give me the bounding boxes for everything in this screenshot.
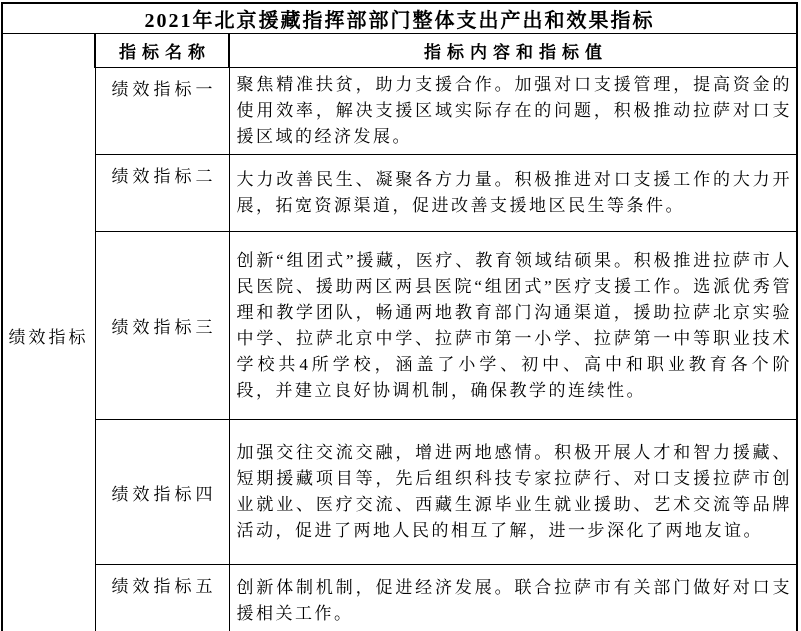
indicator-content-cell: 创新“组团式”援藏，医疗、教育领域结硕果。积极推进拉萨市人民医院、援助两区两县医… (229, 232, 797, 420)
indicator-name-cell: 绩效指标四 (95, 420, 229, 565)
table-row: 绩效指标四 加强交往交流交融，增进两地感情。积极开展人才和智力援藏、短期援藏项目… (2, 420, 797, 565)
document-table: 2021年北京援藏指挥部部门整体支出产出和效果指标 绩效指标 指标名称 指标内容… (1, 2, 798, 631)
page-title: 2021年北京援藏指挥部部门整体支出产出和效果指标 (2, 3, 797, 34)
table-row: 绩效指标一 聚焦精准扶贫，助力支援合作。加强对口支援管理，提高资金的使用效率，解… (2, 68, 797, 155)
indicator-name-cell: 绩效指标五 (95, 565, 229, 631)
indicator-content-cell: 加强交往交流交融，增进两地感情。积极开展人才和智力援藏、短期援藏项目等，先后组织… (229, 420, 797, 565)
indicator-name-cell: 绩效指标三 (95, 232, 229, 420)
row-group-label: 绩效指标 (2, 34, 95, 631)
table-row: 绩效指标二 大力改善民生、凝聚各方力量。积极推进对口支援工作的大力开展，拓宽资源… (2, 155, 797, 232)
table-row: 绩效指标五 创新体制机制，促进经济发展。联合拉萨市有关部门做好对口支援相关工作。 (2, 565, 797, 631)
header-row: 绩效指标 指标名称 指标内容和指标值 (2, 34, 797, 68)
column-header-indicator-content: 指标内容和指标值 (229, 34, 797, 68)
indicator-name-cell: 绩效指标二 (95, 155, 229, 232)
title-row: 2021年北京援藏指挥部部门整体支出产出和效果指标 (2, 3, 797, 34)
column-header-indicator-name: 指标名称 (95, 34, 229, 68)
indicator-content-cell: 大力改善民生、凝聚各方力量。积极推进对口支援工作的大力开展，拓宽资源渠道，促进改… (229, 155, 797, 232)
indicator-content-cell: 聚焦精准扶贫，助力支援合作。加强对口支援管理，提高资金的使用效率，解决支援区域实… (229, 68, 797, 155)
indicator-name-cell: 绩效指标一 (95, 68, 229, 155)
indicator-content-cell: 创新体制机制，促进经济发展。联合拉萨市有关部门做好对口支援相关工作。 (229, 565, 797, 631)
table-row: 绩效指标三 创新“组团式”援藏，医疗、教育领域结硕果。积极推进拉萨市人民医院、援… (2, 232, 797, 420)
